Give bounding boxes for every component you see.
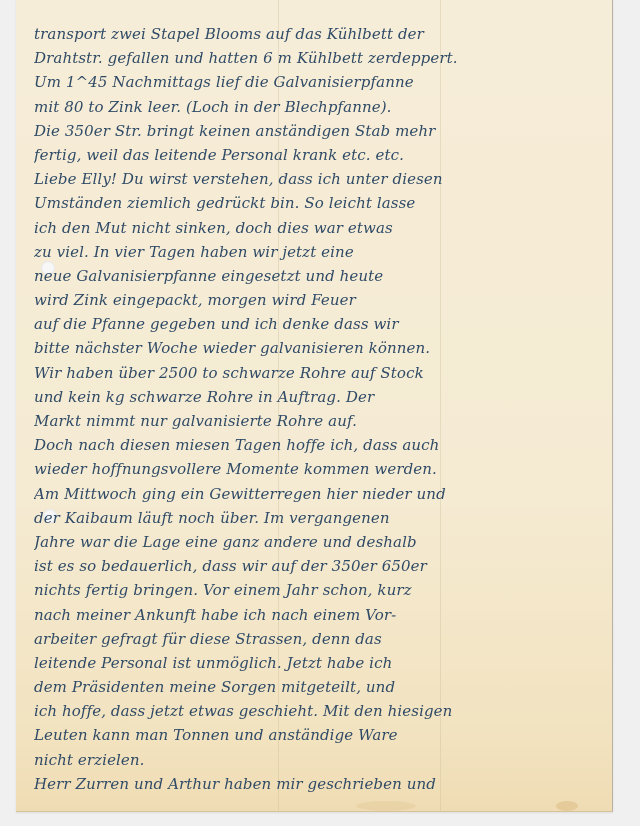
handwritten-text: transport zwei Stapel Blooms auf das Küh… xyxy=(34,22,610,796)
text-line: Um 1^45 Nachmittags lief die Galvanisier… xyxy=(34,70,610,94)
text-line: zu viel. In vier Tagen haben wir jetzt e… xyxy=(34,240,610,264)
text-line: dem Präsidenten meine Sorgen mitgeteilt,… xyxy=(34,675,610,699)
text-line: Drahtstr. gefallen und hatten 6 m Kühlbe… xyxy=(34,46,610,70)
text-line: neue Galvanisierpfanne eingesetzt und he… xyxy=(34,264,610,288)
text-line: und kein kg schwarze Rohre in Auftrag. D… xyxy=(34,385,610,409)
text-line: der Kaibaum läuft noch über. Im vergange… xyxy=(34,506,610,530)
text-line: nicht erzielen. xyxy=(34,748,610,772)
text-line: ich den Mut nicht sinken, doch dies war … xyxy=(34,216,610,240)
text-line: Leuten kann man Tonnen und anständige Wa… xyxy=(34,723,610,747)
scanned-document: transport zwei Stapel Blooms auf das Küh… xyxy=(0,0,640,826)
text-line: mit 80 to Zink leer. (Loch in der Blechp… xyxy=(34,95,610,119)
text-line: Markt nimmt nur galvanisierte Rohre auf. xyxy=(34,409,610,433)
text-line: leitende Personal ist unmöglich. Jetzt h… xyxy=(34,651,610,675)
text-line: fertig, weil das leitende Personal krank… xyxy=(34,143,610,167)
text-line: ist es so bedauerlich, dass wir auf der … xyxy=(34,554,610,578)
text-line: auf die Pfanne gegeben und ich denke das… xyxy=(34,312,610,336)
text-line: nach meiner Ankunft habe ich nach einem … xyxy=(34,603,610,627)
text-line: bitte nächster Woche wieder galvanisiere… xyxy=(34,336,610,360)
text-line: arbeiter gefragt für diese Strassen, den… xyxy=(34,627,610,651)
paper-stain xyxy=(356,801,416,811)
text-line: Jahre war die Lage eine ganz andere und … xyxy=(34,530,610,554)
text-line: Am Mittwoch ging ein Gewitterregen hier … xyxy=(34,482,610,506)
text-line: wird Zink eingepackt, morgen wird Feuer xyxy=(34,288,610,312)
text-line: nichts fertig bringen. Vor einem Jahr sc… xyxy=(34,578,610,602)
text-line: Umständen ziemlich gedrückt bin. So leic… xyxy=(34,191,610,215)
text-line: wieder hoffnungsvollere Momente kommen w… xyxy=(34,457,610,481)
text-line: Liebe Elly! Du wirst verstehen, dass ich… xyxy=(34,167,610,191)
text-line: Wir haben über 2500 to schwarze Rohre au… xyxy=(34,361,610,385)
text-line: Doch nach diesen miesen Tagen hoffe ich,… xyxy=(34,433,610,457)
text-line: transport zwei Stapel Blooms auf das Küh… xyxy=(34,22,610,46)
text-line: Herr Zurren und Arthur haben mir geschri… xyxy=(34,772,610,796)
text-line: Die 350er Str. bringt keinen anständigen… xyxy=(34,119,610,143)
paper-stain xyxy=(556,801,578,811)
text-line: ich hoffe, dass jetzt etwas geschieht. M… xyxy=(34,699,610,723)
